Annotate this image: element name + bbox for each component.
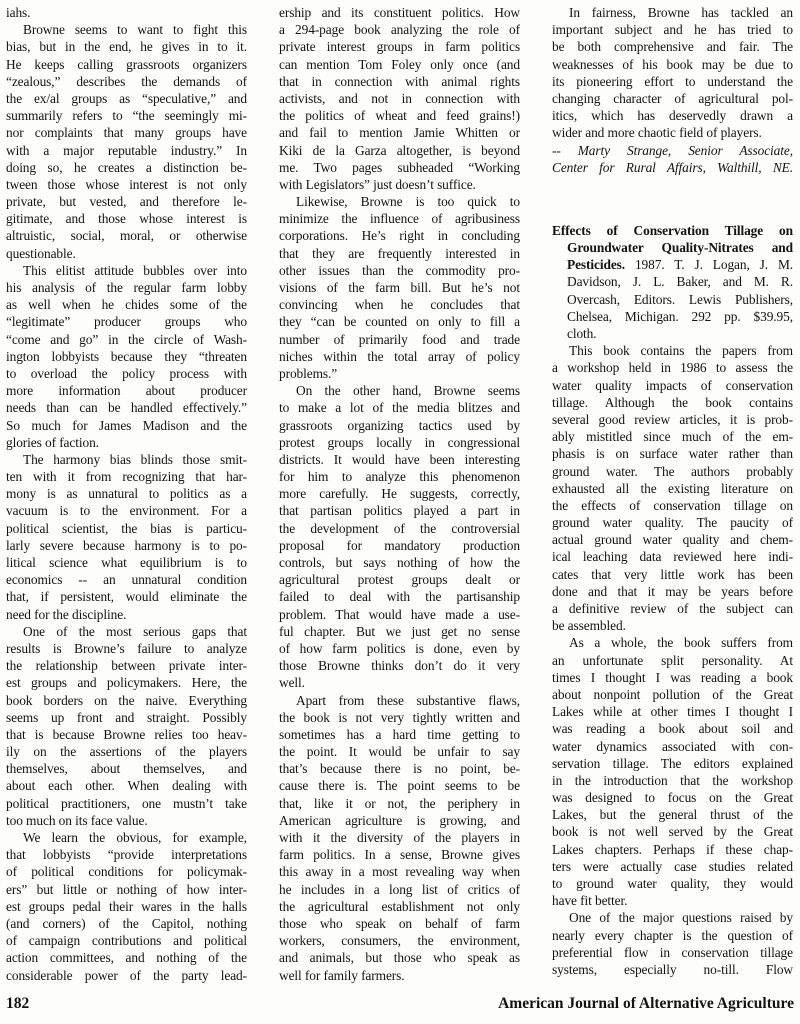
text-segment: iahs. [6,5,30,20]
text-line: other issues than the commodity pro- [279,262,520,279]
text-line: bias, but in the end, he gives in to it. [6,38,247,55]
text-line: nor complaints that many groups have [6,124,247,141]
text-line: action committees, and nothing of the [6,949,247,966]
text-segment: about nonpoint pollution of the Great [552,687,793,702]
text-line: American agriculture is growing, and [279,812,520,829]
text-line: a workshop held in 1986 to assess the [552,359,793,376]
text-segment: private, but vested, and therefore le- [6,194,247,209]
text-line: to overload the policy process with [6,365,247,382]
text-line: grassroots organizing tactics used by [279,417,520,434]
section-gap [552,176,793,222]
text-line: proposal for mandatory production [279,537,520,554]
text-line: private, but vested, and therefore le- [6,193,247,210]
text-line: that is because Browne relies too heav- [6,726,247,743]
text-segment: Overcash, Editors. Lewis Publishers, [567,292,793,307]
text-segment: have fit better. [552,893,627,908]
text-segment: cause there is. The point seems to be [279,778,520,793]
text-segment: ily on the assertions of the players [6,744,247,759]
text-segment: political scientist, the bias is particu… [6,521,247,536]
text-segment: servation tillage. The editors explained [552,756,793,771]
text-line: water quality impacts of conservation [552,377,793,394]
text-segment: economics -- an unnatural condition [6,572,247,587]
text-segment: of political conditions for policymak- [6,864,247,879]
column-2: ership and its constituent politics. How… [279,4,520,984]
text-segment: number of primarily food and trade [279,332,520,347]
text-line: est groups and policymakers. Here, the [6,674,247,691]
text-segment: be both comprehensive and fair. The [552,39,793,54]
text-line: sometimes has a hard time getting to [279,726,520,743]
text-segment: sometimes has a hard time getting to [279,727,520,742]
text-segment: for him to analyze this phenomenon [279,469,520,484]
text-segment: this away in a most revealing way when [279,864,520,879]
text-segment: ful chapter. But we just get no sense [279,624,520,639]
text-segment: of campaign contributions and political [6,933,247,948]
text-segment: larly severe because harmony is to po- [6,538,247,553]
text-segment: American agriculture is growing, and [279,813,520,828]
text-segment: well for family farmers. [279,968,405,983]
text-segment: This elitist attitude bubbles over into [23,263,247,278]
text-segment: other issues than the commodity pro- [279,263,520,278]
text-line: Lakes while at other times I thought I [552,703,793,720]
text-segment: an unfortunate split personality. At [552,653,793,668]
text-line: Davidson, J. L. Baker, and M. R. [552,273,793,290]
text-line: in the introduction that the workshop [552,772,793,789]
text-line: political scientist, the bias is particu… [6,520,247,537]
text-segment: to overload the policy process with [6,366,247,381]
text-segment: Lakes, but the general thrust of the [552,807,793,822]
text-line: ical leaching data reviewed here indi- [552,548,793,565]
text-segment: its pioneering effort to understand the [552,74,793,89]
text-segment: est groups pedal their wares in the hall… [6,899,247,914]
text-line: Chelsea, Michigan. 292 pp. $39.95, [552,308,793,325]
text-segment: that, if persistent, would eliminate the [6,589,247,604]
text-segment: Likewise, Browne is too quick to [296,194,520,209]
text-segment: nor complaints that many groups have [6,125,247,140]
text-segment: ground water. The authors probably [552,464,793,479]
text-line: “legitimate” producer groups who [6,313,247,330]
text-segment: tillage. Although the book contains [552,395,793,410]
text-line: political practitioners, one mustn’t tak… [6,795,247,812]
column-3: In fairness, Browne has tackled animport… [552,4,793,984]
text-line: can mention Tom Foley only once (and [279,56,520,73]
text-line: was designed to focus on the Great [552,789,793,806]
text-line: to ground water quality, they would [552,875,793,892]
text-segment: On the other hand, Browne seems [296,383,520,398]
text-segment: niches within the total array of policy [279,349,520,364]
text-line: convincing when he concludes that [279,296,520,313]
text-line: exhausted all the existing literature on [552,480,793,497]
text-line: “come and go” in the circle of Wash- [6,331,247,348]
text-segment: that is because Browne relies too heav- [6,727,247,742]
text-segment: book is not well served by the Great [552,824,793,839]
text-line: ground water quality. The paucity of [552,514,793,531]
text-line: ily on the assertions of the players [6,743,247,760]
text-segment: that partisan politics played a part in [279,503,520,518]
text-line: So much for James Madison and the [6,417,247,434]
text-segment: problems.” [279,366,337,381]
text-line: failed to deal with the partisanship [279,588,520,605]
text-segment: wider and more chaotic field of players. [552,125,762,140]
text-segment: Lakes chapters. Perhaps if these chap- [552,842,793,857]
text-segment: weaknesses of his book may be due to [552,57,793,72]
text-segment: a definitive review of the subject can [552,601,793,616]
text-line: In fairness, Browne has tackled an [552,4,793,21]
text-line: the politics of wheat and feed grains!) [279,107,520,124]
text-segment: “legitimate” producer groups who [6,314,247,329]
text-line: and animals, but those who speak as [279,949,520,966]
text-line: Effects of Conservation Tillage on [552,222,793,239]
text-segment: One of the most serious gaps that [23,624,247,639]
text-segment: book borders on the naive. Everything [6,693,247,708]
text-line: about nonpoint pollution of the Great [552,686,793,703]
text-line: Apart from these substantive flaws, [279,692,520,709]
text-line: visions of the farm bill. But he’s not [279,279,520,296]
text-segment: activists, and not in connection with [279,91,520,106]
text-line: One of the major questions raised by [552,909,793,926]
text-segment: We learn the obvious, for example, [23,830,247,845]
text-line: need for the discipline. [6,606,247,623]
text-line: to make a lot of the media blitzes and [279,399,520,416]
text-line: book borders on the naive. Everything [6,692,247,709]
text-line: that they are frequently interested in [279,245,520,262]
text-line: too much on its face value. [6,812,247,829]
text-line: We learn the obvious, for example, [6,829,247,846]
text-line: results is Browne’s failure to analyze [6,640,247,657]
text-line: private interest groups in farm politics [279,38,520,55]
bold-text: Groundwater Quality-Nitrates and [567,240,793,255]
text-segment: a 294-page book analyzing the role of [279,22,520,37]
text-line: the agricultural establishment not only [279,898,520,915]
text-segment: Davidson, J. L. Baker, and M. R. [567,274,793,289]
text-line: the point. It would be unfair to say [279,743,520,760]
text-segment: more information about producer [6,383,247,398]
text-segment: “zealous,” describes the demands of [6,74,247,89]
text-line: the development of the controversial [279,520,520,537]
text-line: about each other. When dealing with [6,777,247,794]
text-line: summarily refers to “the seemingly mi- [6,107,247,124]
text-line: was reading a book about soil and [552,720,793,737]
text-segment: with it the diversity of the players in [279,830,520,845]
page-number: 182 [6,995,29,1013]
text-line: ground water. The authors probably [552,463,793,480]
text-line: the ex/al groups as “speculative,” and [6,90,247,107]
text-line: ten with it from recognizing that har- [6,468,247,485]
text-segment: changing character of agricultural pol- [552,91,793,106]
bold-text: Pesticides. [567,257,625,272]
text-line: his analysis of the regular farm lobby [6,279,247,296]
bold-text: Effects of Conservation Tillage on [552,223,793,238]
text-line: done and that it may be years before [552,583,793,600]
text-segment: nearly every chapter is the question of [552,928,793,943]
text-segment: the relationship between private inter- [6,658,247,673]
text-segment: to make a lot of the media blitzes and [279,400,520,415]
text-line: times I thought I was reading a book [552,669,793,686]
text-line: the book is not very tightly written and [279,709,520,726]
text-line: more carefully. He suggests, correctly, [279,485,520,502]
text-line: weaknesses of his book may be due to [552,56,793,73]
text-segment: a workshop held in 1986 to assess the [552,360,793,375]
text-line: its pioneering effort to understand the [552,73,793,90]
text-segment: questionable. [6,246,76,261]
text-segment: protest groups locally in congressional [279,435,520,450]
text-line: that partisan politics played a part in [279,502,520,519]
text-line: est groups pedal their wares in the hall… [6,898,247,915]
text-segment: The harmony bias blinds those smit- [23,452,247,467]
text-segment: ters were actually case studies related [552,859,793,874]
text-segment: This book contains the papers from [569,343,793,358]
text-line: a 294-page book analyzing the role of [279,21,520,38]
text-line: workers, consumers, the environment, [279,932,520,949]
text-line: cates that very little work has been [552,566,793,583]
text-segment: that lobbyists “provide interpretations [6,847,247,862]
text-line: well for family farmers. [279,967,520,984]
text-line: farm politics. In a sense, Browne gives [279,846,520,863]
text-segment: his analysis of the regular farm lobby [6,280,247,295]
text-segment: bias, but in the end, he gives in to it. [6,39,247,54]
text-line: as well when he chides some of the [6,296,247,313]
text-line: a definitive review of the subject can [552,600,793,617]
text-line: Browne seems to want to fight this [6,21,247,38]
text-line: larly severe because harmony is to po- [6,537,247,554]
text-line: He keeps calling grassroots organizers [6,56,247,73]
text-segment: Browne seems to want to fight this [23,22,247,37]
text-segment: need for the discipline. [6,607,126,622]
text-line: districts. It would have been interestin… [279,451,520,468]
text-line: ership and its constituent politics. How [279,4,520,21]
text-line: preferential flow in conservation tillag… [552,944,793,961]
text-segment: ten with it from recognizing that har- [6,469,247,484]
text-line: vacuum is to the environment. For a [6,502,247,519]
text-segment: workers, consumers, the environment, [279,933,520,948]
journal-page: iahs.Browne seems to want to fight thisb… [0,0,800,1024]
text-segment: failed to deal with the partisanship [279,589,520,604]
text-line: needs than can be handled effectively.” [6,399,247,416]
text-segment: altruistic, social, moral, or otherwise [6,228,247,243]
text-line: more information about producer [6,382,247,399]
text-line: that in connection with animal rights [279,73,520,90]
text-line: themselves, about themselves, and [6,760,247,777]
text-line: that, if persistent, would eliminate the [6,588,247,605]
text-segment: ers” but little or nothing of how inter- [6,882,247,897]
text-line: mony is as unnatural to politics as a [6,485,247,502]
text-segment: districts. It would have been interestin… [279,452,520,467]
text-segment: doing so, he creates a distinction be- [6,160,247,175]
text-segment: in the introduction that the workshop [552,773,793,788]
text-line: -- Marty Strange, Senior Associate, [552,142,793,159]
text-segment: (and corners) of the Capitol, nothing [6,916,247,931]
text-line: corporations. He’s right in concluding [279,227,520,244]
text-segment: ership and its constituent politics. How [279,5,520,20]
text-segment: convincing when he concludes that [279,297,520,312]
text-segment: ably mistitled since much of the em- [552,429,793,444]
text-line: number of primarily food and trade [279,331,520,348]
text-line: tillage. Although the book contains [552,394,793,411]
text-line: of how farm politics is done, even by [279,640,520,657]
text-segment: visions of the farm bill. But he’s not [279,280,520,295]
text-line: that’s because there is no point, be- [279,760,520,777]
text-segment: 1987. T. J. Logan, J. M. [625,257,793,272]
text-line: cloth. [552,325,793,342]
text-segment: water quality impacts of conservation [552,378,793,393]
text-line: that lobbyists “provide interpretations [6,846,247,863]
text-line: controls, but says nothing of how the [279,554,520,571]
text-segment: more carefully. He suggests, correctly, [279,486,520,501]
text-segment: summarily refers to “the seemingly mi- [6,108,247,123]
page-footer: 182 American Journal of Alternative Agri… [6,995,794,1013]
text-line: with Legislators” just doesn’t suffice. [279,176,520,193]
text-segment: He keeps calling grassroots organizers [6,57,247,72]
text-segment: Lakes while at other times I thought I [552,704,793,719]
text-line: Groundwater Quality-Nitrates and [552,239,793,256]
text-line: ers” but little or nothing of how inter- [6,881,247,898]
text-segment: phasis is on surface water rather than [552,446,793,461]
text-segment: ground water quality. The paucity of [552,515,793,530]
text-segment: est groups and policymakers. Here, the [6,675,247,690]
text-line: Overcash, Editors. Lewis Publishers, [552,291,793,308]
text-line: he includes in a long list of critics of [279,881,520,898]
text-segment: done and that it may be years before [552,584,793,599]
text-line: those who speak on behalf of farm [279,915,520,932]
text-segment: that in connection with animal rights [279,74,520,89]
text-segment: litical science what equilibrium is to [6,555,247,570]
text-segment: -- [552,143,578,158]
text-segment: controls, but says nothing of how the [279,555,520,570]
text-segment: he includes in a long list of critics of [279,882,520,897]
text-segment: needs than can be handled effectively.” [6,400,247,415]
text-segment: of how farm politics is done, even by [279,641,520,656]
text-segment: and animals, but those who speak as [279,950,520,965]
text-segment: “come and go” in the circle of Wash- [6,332,247,347]
text-segment: private interest groups in farm politics [279,39,520,54]
text-line: economics -- an unnatural condition [6,571,247,588]
text-line: Center for Rural Affairs, Walthill, NE. [552,159,793,176]
text-line: ful chapter. But we just get no sense [279,623,520,640]
text-line: water dynamics associated with con- [552,738,793,755]
text-segment: the ex/al groups as “speculative,” and [6,91,247,106]
italic-text: Center for Rural Affairs, Walthill, NE. [552,160,793,175]
text-segment: political practitioners, one mustn’t tak… [6,796,247,811]
text-line: those Browne thinks don’t do it very [279,657,520,674]
text-segment: mony is as unnatural to politics as a [6,486,247,501]
text-segment: exhausted all the existing literature on [552,481,793,496]
text-segment: those who speak on behalf of farm [279,916,520,931]
text-line: problems.” [279,365,520,382]
text-line: As a whole, the book suffers from [552,634,793,651]
text-segment: agricultural protest groups dealt or [279,572,520,587]
text-line: The harmony bias blinds those smit- [6,451,247,468]
text-line: considerable power of the party lead- [6,967,247,984]
text-line: cause there is. The point seems to be [279,777,520,794]
text-segment: actual ground water quality and chem- [552,532,793,547]
text-columns: iahs.Browne seems to want to fight thisb… [0,0,800,984]
text-line: Lakes chapters. Perhaps if these chap- [552,841,793,858]
text-line: they “can be counted on only to fill a [279,313,520,330]
text-line: doing so, he creates a distinction be- [6,159,247,176]
text-segment: ington lobbyists because they “threaten [6,349,247,364]
text-line: be both comprehensive and fair. The [552,38,793,55]
text-segment: cloth. [567,326,597,341]
text-segment: with Legislators” just doesn’t suffice. [279,177,476,192]
text-line: Pesticides. 1987. T. J. Logan, J. M. [552,256,793,273]
text-line: tween those whose interest is not only [6,176,247,193]
text-segment: itics, which has deservedly drawn a [552,108,793,123]
text-segment: results is Browne’s failure to analyze [6,641,247,656]
text-line: nearly every chapter is the question of [552,927,793,944]
text-line: that, like it or not, the periphery in [279,795,520,812]
text-line: book is not well served by the Great [552,823,793,840]
text-segment: be assembled. [552,618,626,633]
text-segment: action committees, and nothing of the [6,950,247,965]
text-line: me. Two pages subheaded “Working [279,159,520,176]
text-line: the relationship between private inter- [6,657,247,674]
text-segment: was designed to focus on the Great [552,790,793,805]
text-line: seems up front and straight. Possibly [6,709,247,726]
text-segment: and fail to mention Jamie Whitten or [279,125,520,140]
journal-title: American Journal of Alternative Agricult… [498,995,794,1013]
text-line: iahs. [6,4,247,21]
text-segment: problem. That would have made a use- [279,607,520,622]
text-segment: Apart from these substantive flaws, [296,693,520,708]
text-line: actual ground water quality and chem- [552,531,793,548]
text-segment: Chelsea, Michigan. 292 pp. $39.95, [567,309,793,324]
text-segment: In fairness, Browne has tackled an [569,5,793,20]
text-line: several good review articles, it is prob… [552,411,793,428]
text-line: altruistic, social, moral, or otherwise [6,227,247,244]
text-line: an unfortunate split personality. At [552,652,793,669]
text-line: niches within the total array of policy [279,348,520,365]
text-line: This book contains the papers from [552,342,793,359]
text-line: with it the diversity of the players in [279,829,520,846]
text-segment: the book is not very tightly written and [279,710,520,725]
text-line: servation tillage. The editors explained [552,755,793,772]
text-line: activists, and not in connection with [279,90,520,107]
text-line: be assembled. [552,617,793,634]
text-segment: Kiki de la Garza altogether, is beyond [279,143,520,158]
text-segment: minimize the influence of agribusiness [279,211,520,226]
text-segment: me. Two pages subheaded “Working [279,160,520,175]
text-segment: well. [279,675,305,690]
text-segment: One of the major questions raised by [569,910,793,925]
text-line: this away in a most revealing way when [279,863,520,880]
text-segment: that, like it or not, the periphery in [279,796,520,811]
text-line: ters were actually case studies related [552,858,793,875]
text-line: for him to analyze this phenomenon [279,468,520,485]
text-segment: was reading a book about soil and [552,721,793,736]
text-line: (and corners) of the Capitol, nothing [6,915,247,932]
text-line: minimize the influence of agribusiness [279,210,520,227]
text-segment: glories of faction. [6,435,99,450]
text-line: the effects of conservation tillage on [552,497,793,514]
text-segment: that they are frequently interested in [279,246,520,261]
text-line: important subject and he has tried to [552,21,793,38]
text-segment: farm politics. In a sense, Browne gives [279,847,520,862]
text-line: Likewise, Browne is too quick to [279,193,520,210]
text-segment: preferential flow in conservation tillag… [552,945,793,960]
text-line: One of the most serious gaps that [6,623,247,640]
text-line: “zealous,” describes the demands of [6,73,247,90]
text-segment: grassroots organizing tactics used by [279,418,520,433]
text-segment: times I thought I was reading a book [552,670,793,685]
text-line: protest groups locally in congressional [279,434,520,451]
text-line: have fit better. [552,892,793,909]
text-segment: important subject and he has tried to [552,22,793,37]
text-segment: can mention Tom Foley only once (and [279,57,520,72]
text-line: and fail to mention Jamie Whitten or [279,124,520,141]
text-line: questionable. [6,245,247,262]
text-segment: gitimate, and those whose interest is [6,211,247,226]
text-line: On the other hand, Browne seems [279,382,520,399]
text-line: systems, especially no-till. Flow [552,961,793,978]
